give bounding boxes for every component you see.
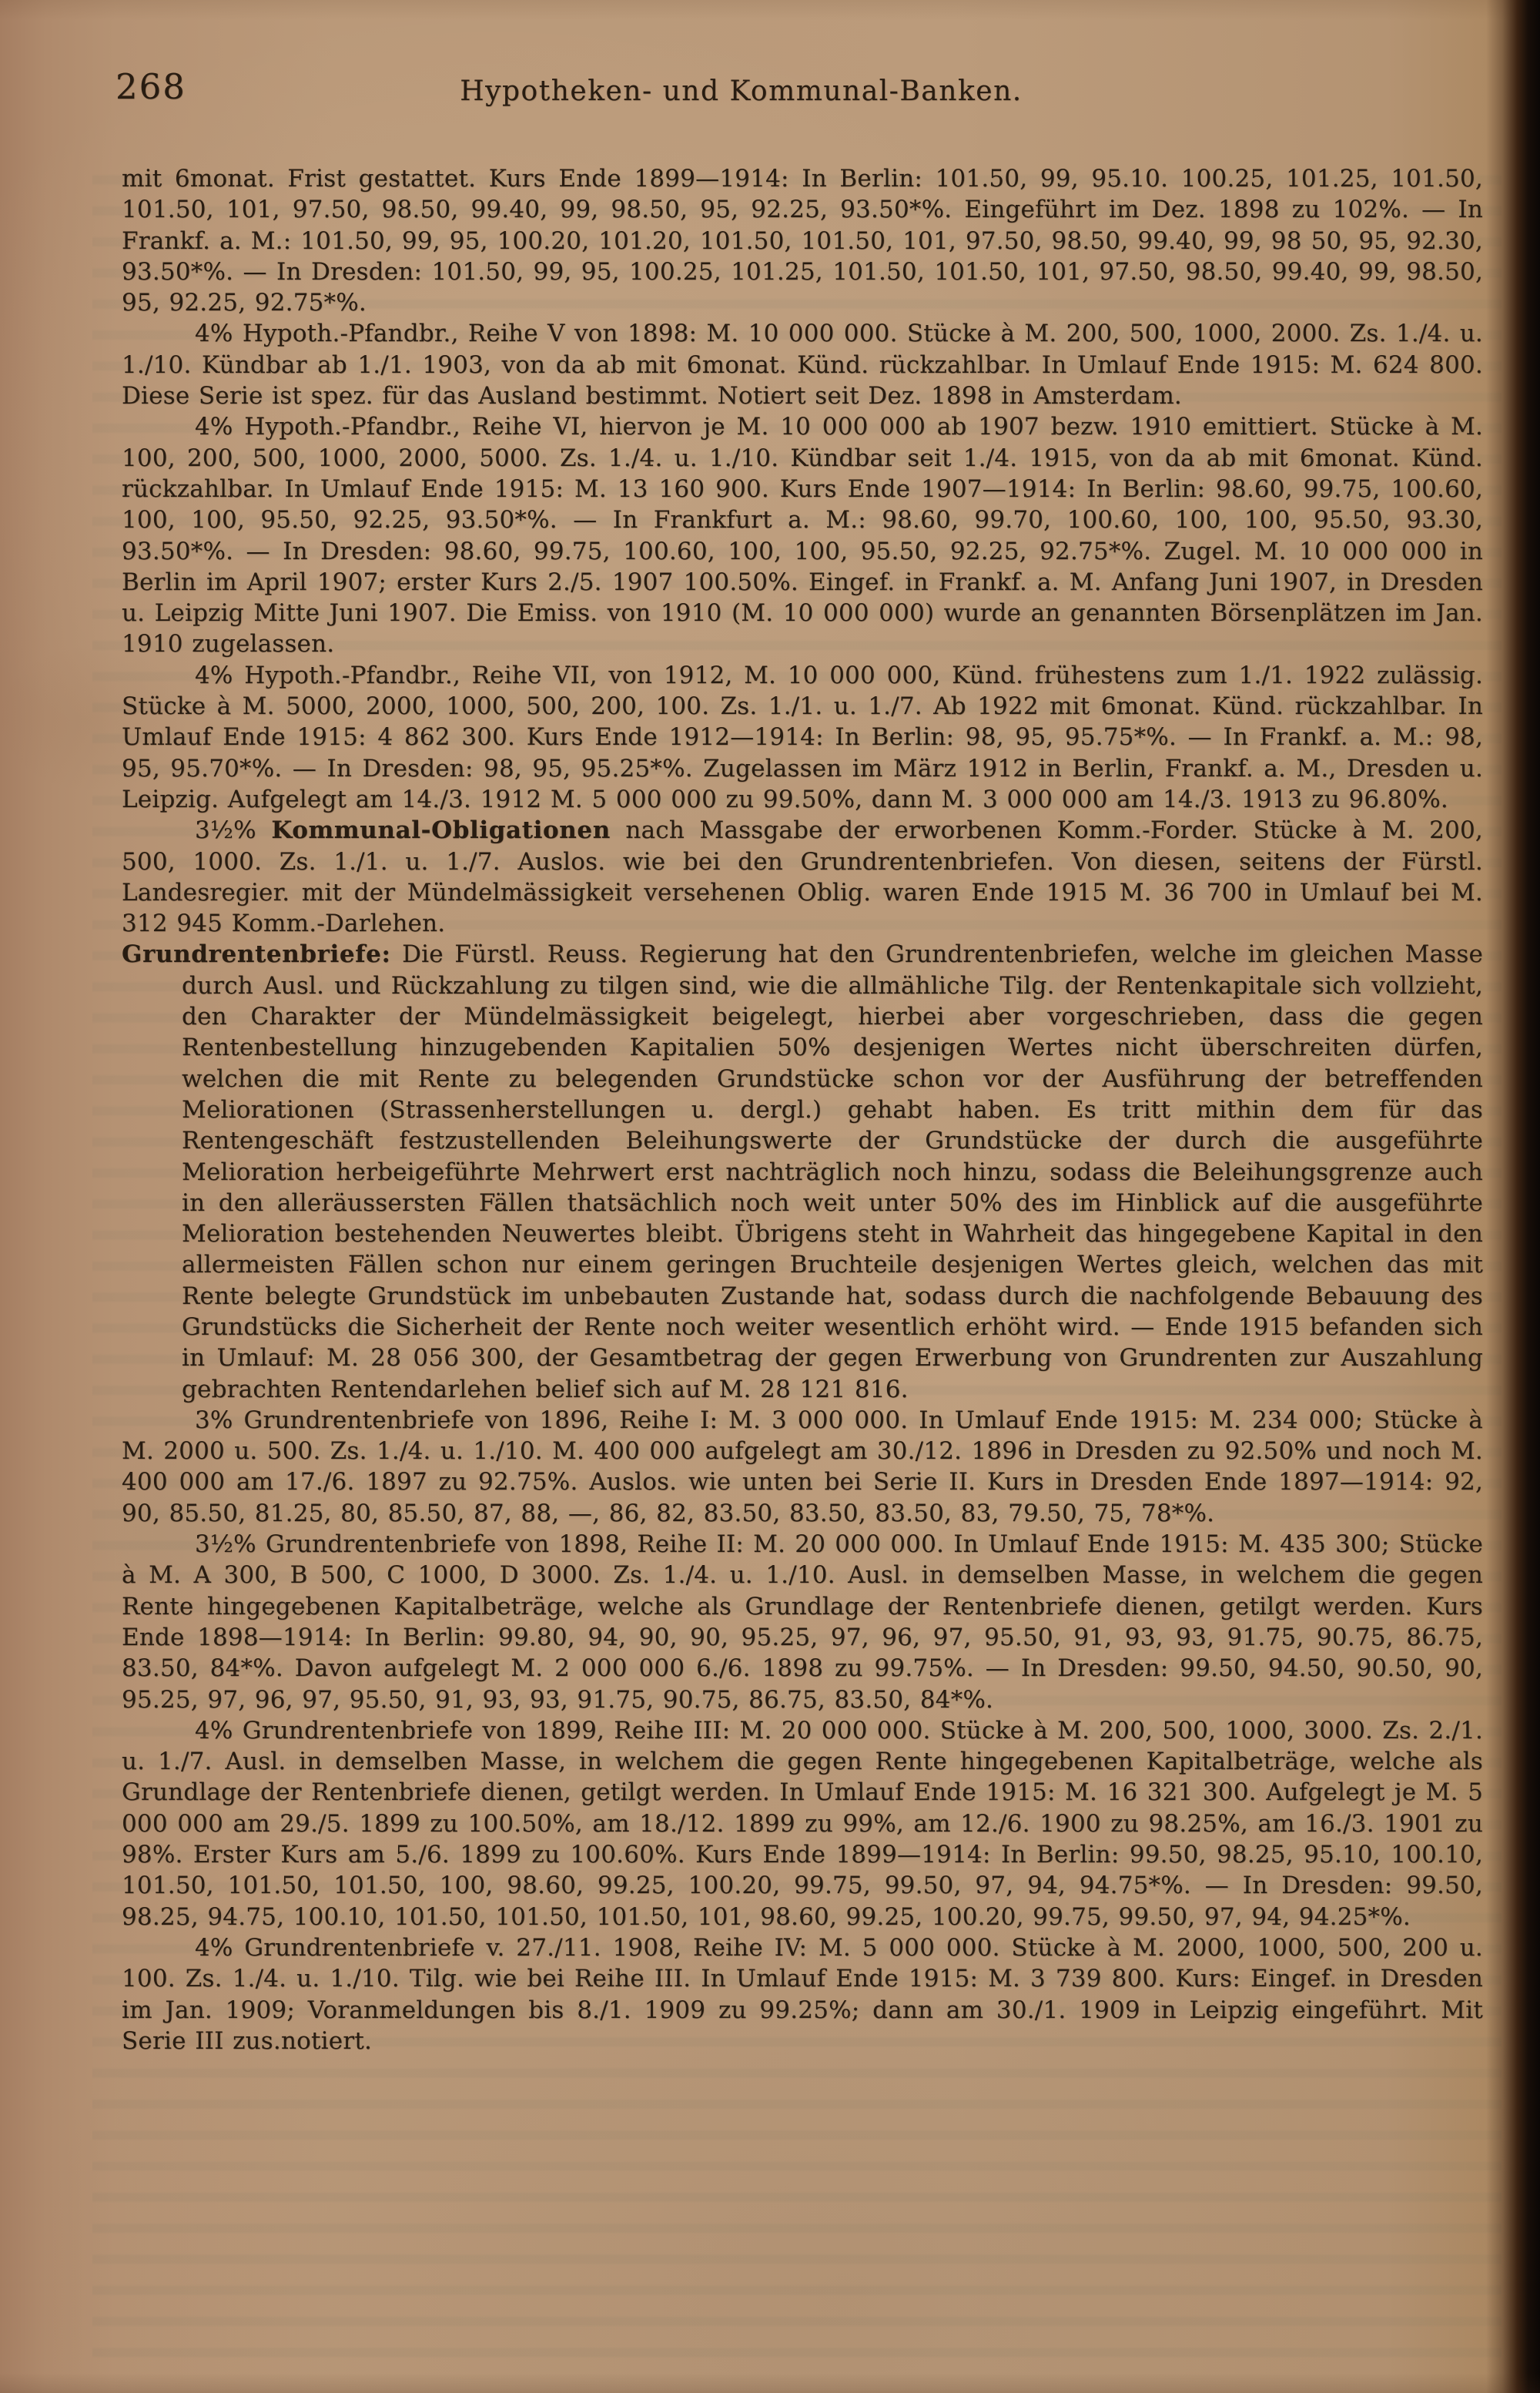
paragraph: Grundrentenbriefe: Die Fürstl. Reuss. Re…	[182, 939, 1483, 1404]
paragraph: 3½% Kommunal-Obligationen nach Massgabe …	[122, 815, 1483, 939]
paragraph: 4% Hypoth.-Pfandbr., Reihe V von 1898: M…	[122, 318, 1483, 411]
paragraph: mit 6monat. Frist gestattet. Kurs Ende 1…	[122, 163, 1483, 318]
running-head: Hypotheken- und Kommunal-Banken.	[0, 75, 1482, 107]
paragraph-text: 4% Hypoth.-Pfandbr., Reihe V von 1898: M…	[122, 320, 1483, 410]
paragraph: 4% Hypoth.-Pfandbr., Reihe VII, von 1912…	[122, 660, 1483, 815]
paragraph-text: 4% Grundrentenbriefe v. 27./11. 1908, Re…	[122, 1934, 1483, 2055]
paragraph: 4% Grundrentenbriefe v. 27./11. 1908, Re…	[122, 1932, 1483, 2056]
paragraph: 3% Grundrentenbriefe von 1896, Reihe I: …	[122, 1405, 1483, 1529]
paragraph: 3½% Grundrentenbriefe von 1898, Reihe II…	[122, 1529, 1483, 1715]
paragraph-text: 3% Grundrentenbriefe von 1896, Reihe I: …	[122, 1406, 1483, 1527]
paragraph-lead-bold: Grundrentenbriefe:	[122, 940, 391, 968]
paragraph-text: 4% Hypoth.-Pfandbr., Reihe VII, von 1912…	[122, 662, 1483, 813]
paragraph-text: 3½% Grundrentenbriefe von 1898, Reihe II…	[122, 1530, 1483, 1713]
paragraph: 4% Grundrentenbriefe von 1899, Reihe III…	[122, 1715, 1483, 1932]
paragraph-text: 4% Grundrentenbriefe von 1899, Reihe III…	[122, 1717, 1483, 1931]
paragraph: 4% Hypoth.-Pfandbr., Reihe VI, hiervon j…	[122, 411, 1483, 659]
page-bottom-shadow	[0, 2373, 1540, 2393]
paragraph-lead-bold: Kommunal-Obligationen	[271, 816, 611, 844]
paragraph-text: 3½%	[195, 816, 271, 844]
paragraph-text: mit 6monat. Frist gestattet. Kurs Ende 1…	[122, 165, 1483, 317]
book-page: 268 Hypotheken- und Kommunal-Banken. mit…	[0, 0, 1540, 2393]
paragraph-text: 4% Hypoth.-Pfandbr., Reihe VI, hiervon j…	[122, 413, 1483, 658]
body-text: mit 6monat. Frist gestattet. Kurs Ende 1…	[122, 163, 1483, 2056]
book-edge-shadow	[1486, 0, 1540, 2393]
paragraph-text: Die Fürstl. Reuss. Regierung hat den Gru…	[182, 940, 1483, 1403]
